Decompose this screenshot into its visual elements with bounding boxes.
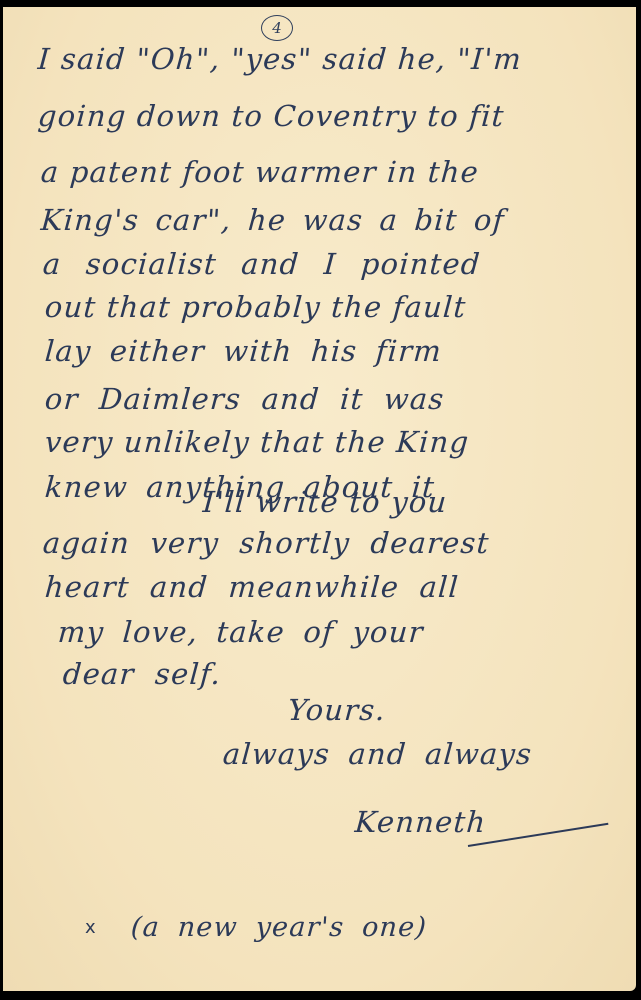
letter-line: very unlikely that the King bbox=[44, 425, 471, 459]
letter-line: dear self. bbox=[62, 657, 223, 691]
letter-line: I said "Oh", "yes" said he, "I'm bbox=[37, 42, 523, 76]
signature: Kenneth bbox=[354, 805, 488, 839]
letter-line: I'll write to you bbox=[202, 485, 449, 519]
kiss-mark: x bbox=[85, 917, 96, 938]
letter-line: or Daimlers and it was bbox=[44, 382, 446, 416]
letter-closing: Yours. bbox=[287, 693, 387, 727]
letter-line: again very shortly dearest bbox=[42, 526, 491, 560]
letter-line: heart and meanwhile all bbox=[44, 570, 461, 604]
letter-line: a patent foot warmer in the bbox=[40, 155, 480, 189]
letter-line: a socialist and I pointed bbox=[42, 247, 482, 281]
letter-line: my love, take of your bbox=[57, 615, 425, 649]
postscript-note: (a new year's one) bbox=[130, 912, 428, 943]
letter-line: going down to Coventry to fit bbox=[37, 99, 506, 133]
page-number: 4 bbox=[261, 15, 293, 41]
letter-line: out that probably the fault bbox=[44, 290, 468, 324]
letter-line: King's car", he was a bit of bbox=[40, 203, 506, 237]
signature-underline bbox=[468, 823, 609, 847]
letter-page: 4 I said "Oh", "yes" said he, "I'm going… bbox=[3, 7, 636, 991]
letter-line: lay either with his firm bbox=[44, 334, 443, 368]
letter-closing: always and always bbox=[222, 737, 534, 771]
